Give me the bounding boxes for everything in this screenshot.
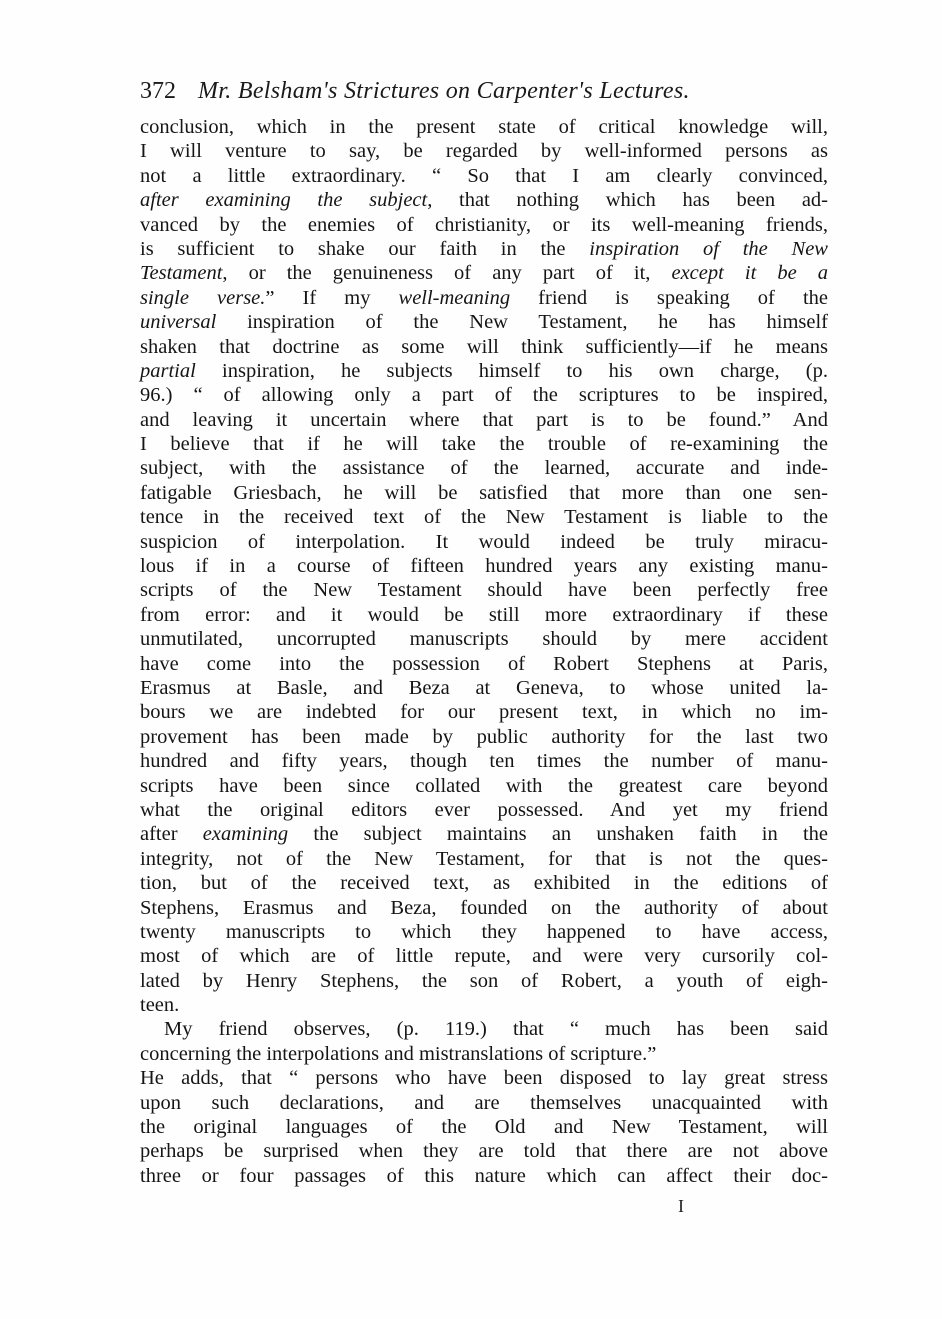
text-run: vanced by the enemies of christianity, o… (140, 214, 828, 236)
text-run: He adds, that “ persons who have been di… (140, 1067, 828, 1089)
running-title: Mr. Belsham's Strictures on Carpenter's … (198, 78, 690, 105)
text-run: provement has been made by public author… (140, 726, 828, 748)
text-run: scripts have been since collated with th… (140, 775, 828, 797)
page-number: 372 (140, 78, 176, 105)
text-line: single verse.” If my well-meaning friend… (140, 286, 828, 310)
text-line: universal inspiration of the New Testame… (140, 310, 828, 334)
text-run: tion, but of the received text, as exhib… (140, 872, 828, 894)
text-run: , or the genuineness of any part of it, (222, 262, 671, 284)
text-line: shaken that doctrine as some will think … (140, 335, 828, 359)
text-line: Stephens, Erasmus and Beza, founded on t… (140, 896, 828, 920)
text-line: I will venture to say, be regarded by we… (140, 139, 828, 163)
text-run: ” If my (265, 287, 398, 309)
italic-text: after examining the subject (140, 189, 427, 211)
text-line: twenty manuscripts to which they happene… (140, 920, 828, 944)
text-line: and leaving it uncertain where that part… (140, 408, 828, 432)
text-run: the original languages of the Old and Ne… (140, 1116, 828, 1138)
text-line: upon such declarations, and are themselv… (140, 1091, 828, 1115)
signature-mark: I (678, 1196, 684, 1217)
book-page: 372 Mr. Belsham's Strictures on Carpente… (0, 0, 942, 1319)
text-run: shaken that doctrine as some will think … (140, 336, 828, 358)
text-line: lous if in a course of fifteen hundred y… (140, 554, 828, 578)
text-run: friend is speaking of the (510, 287, 828, 309)
text-run: inspiration, he subjects himself to his … (196, 360, 828, 382)
italic-text: examining (203, 823, 288, 845)
text-line: hundred and fifty years, though ten time… (140, 749, 828, 773)
text-run: I will venture to say, be regarded by we… (140, 140, 828, 162)
text-line: concerning the interpolations and mistra… (140, 1042, 828, 1066)
text-run: integrity, not of the New Testament, for… (140, 848, 828, 870)
text-run: upon such declarations, and are themselv… (140, 1092, 828, 1114)
italic-text: inspiration of the New (589, 238, 828, 260)
text-run: most of which are of little repute, and … (140, 945, 828, 967)
text-run: subject, with the assistance of the lear… (140, 457, 828, 479)
text-run: tence in the received text of the New Te… (140, 506, 828, 528)
text-run: inspiration of the New Testament, he has… (216, 311, 828, 333)
italic-text: well-meaning (399, 287, 511, 309)
italic-text: partial (140, 360, 196, 382)
text-line: vanced by the enemies of christianity, o… (140, 213, 828, 237)
text-line: scripts of the New Testament should have… (140, 578, 828, 602)
text-run: lous if in a course of fifteen hundred y… (140, 555, 828, 577)
text-line: bours we are indebted for our present te… (140, 700, 828, 724)
text-run: hundred and fifty years, though ten time… (140, 750, 828, 772)
text-run: 96.) “ of allowing only a part of the sc… (140, 384, 828, 406)
text-run: from error: and it would be still more e… (140, 604, 828, 626)
text-run: three or four passages of this nature wh… (140, 1165, 828, 1187)
text-run: the subject maintains an unshaken faith … (288, 823, 828, 845)
italic-text: except it be a (671, 262, 828, 284)
text-line: not a little extraordinary. “ So that I … (140, 164, 828, 188)
text-run: teen. (140, 994, 179, 1016)
text-line: tence in the received text of the New Te… (140, 505, 828, 529)
text-run: bours we are indebted for our present te… (140, 701, 828, 723)
text-run: what the original editors ever possessed… (140, 799, 828, 821)
text-line: three or four passages of this nature wh… (140, 1164, 828, 1188)
text-run: have come into the possession of Robert … (140, 653, 828, 675)
text-line: partial inspiration, he subjects himself… (140, 359, 828, 383)
text-line: I believe that if he will take the troub… (140, 432, 828, 456)
text-line: He adds, that “ persons who have been di… (140, 1066, 828, 1090)
text-run: is sufficient to shake our faith in the (140, 238, 589, 260)
text-run: perhaps be surprised when they are told … (140, 1140, 828, 1162)
text-run: I believe that if he will take the troub… (140, 433, 828, 455)
text-run: unmutilated, uncorrupted manuscripts sho… (140, 628, 828, 650)
text-line: suspicion of interpolation. It would ind… (140, 530, 828, 554)
text-line: provement has been made by public author… (140, 725, 828, 749)
text-line: teen. (140, 993, 828, 1017)
text-run: concerning the interpolations and mistra… (140, 1043, 656, 1065)
text-line: subject, with the assistance of the lear… (140, 456, 828, 480)
text-line: Testament, or the genuineness of any par… (140, 261, 828, 285)
text-run: lated by Henry Stephens, the son of Robe… (140, 970, 828, 992)
text-run: conclusion, which in the present state o… (140, 116, 828, 138)
running-header: 372 Mr. Belsham's Strictures on Carpente… (140, 78, 830, 108)
italic-text: single verse. (140, 287, 265, 309)
text-run: scripts of the New Testament should have… (140, 579, 828, 601)
text-line: integrity, not of the New Testament, for… (140, 847, 828, 871)
text-line: have come into the possession of Robert … (140, 652, 828, 676)
text-line: perhaps be surprised when they are told … (140, 1139, 828, 1163)
text-run: fatigable Griesbach, he will be satisfie… (140, 482, 828, 504)
text-line: Erasmus at Basle, and Beza at Geneva, to… (140, 676, 828, 700)
text-line: conclusion, which in the present state o… (140, 115, 828, 139)
text-run: Stephens, Erasmus and Beza, founded on t… (140, 897, 828, 919)
text-line: what the original editors ever possessed… (140, 798, 828, 822)
text-line: from error: and it would be still more e… (140, 603, 828, 627)
text-run: and leaving it uncertain where that part… (140, 409, 828, 431)
text-run: after (140, 823, 203, 845)
text-line: unmutilated, uncorrupted manuscripts sho… (140, 627, 828, 651)
italic-text: Testament (140, 262, 222, 284)
text-line: lated by Henry Stephens, the son of Robe… (140, 969, 828, 993)
text-line: fatigable Griesbach, he will be satisfie… (140, 481, 828, 505)
text-line: most of which are of little repute, and … (140, 944, 828, 968)
text-line: My friend observes, (p. 119.) that “ muc… (140, 1017, 828, 1041)
text-line: scripts have been since collated with th… (140, 774, 828, 798)
text-run: suspicion of interpolation. It would ind… (140, 531, 828, 553)
text-line: tion, but of the received text, as exhib… (140, 871, 828, 895)
text-run: not a little extraordinary. “ So that I … (140, 165, 828, 187)
text-line: the original languages of the Old and Ne… (140, 1115, 828, 1139)
text-line: after examining the subject, that nothin… (140, 188, 828, 212)
text-line: 96.) “ of allowing only a part of the sc… (140, 383, 828, 407)
text-line: is sufficient to shake our faith in the … (140, 237, 828, 261)
italic-text: universal (140, 311, 216, 333)
text-line: after examining the subject maintains an… (140, 822, 828, 846)
text-run: Erasmus at Basle, and Beza at Geneva, to… (140, 677, 828, 699)
body-text: conclusion, which in the present state o… (140, 115, 828, 1188)
text-run: My friend observes, (p. 119.) that “ muc… (164, 1018, 828, 1040)
text-run: twenty manuscripts to which they happene… (140, 921, 828, 943)
text-run: , that nothing which has been ad- (427, 189, 828, 211)
